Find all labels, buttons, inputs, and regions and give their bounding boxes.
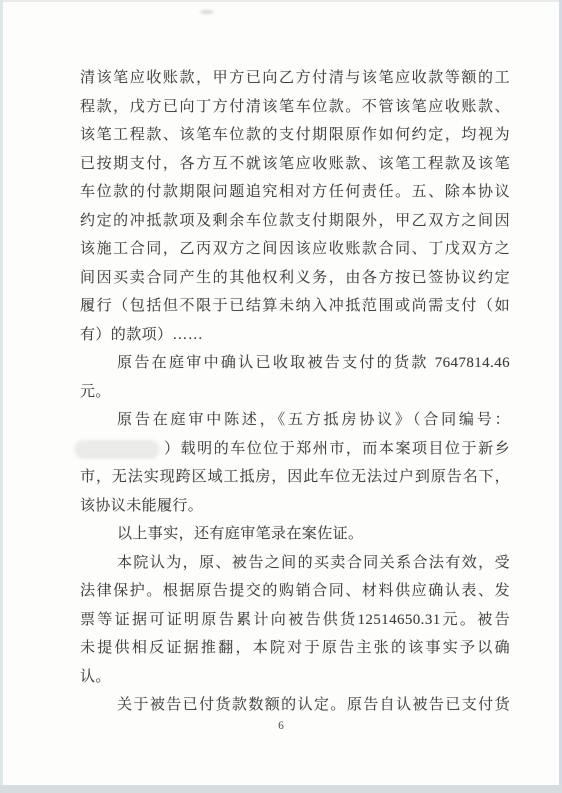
text-line: 市，无法实现跨区域工抵房，因此车位无法过户到原告名下， <box>80 463 510 492</box>
photo-artifact <box>200 10 214 14</box>
text-line: 票等证据可证明原告累计向被告供货12514650.31元。被告 <box>80 606 510 635</box>
page-edge-top <box>0 0 562 2</box>
text-line: 未提供相反证据推翻，本院对于原告主张的该事实予以确 <box>80 634 510 663</box>
text-line: 该协议未能履行。 <box>80 492 510 521</box>
text-line: 该笔工程款、该笔车位款的支付期限原作如何约定，均视为 <box>80 121 510 150</box>
text-line: 本院认为，原、被告之间的买卖合同关系合法有效，受 <box>80 549 510 578</box>
redaction-smudge <box>75 440 159 456</box>
text-line: 有）的款项）…… <box>80 321 510 350</box>
text-line: 原告在庭审中陈述，《五方抵房协议》（合同编号： <box>80 406 510 435</box>
text-line: 原告在庭审中确认已收取被告支付的货款 7647814.46 <box>80 349 510 378</box>
text-line: 关于被告已付货款数额的认定。原告自认被告已支付货 <box>80 691 510 720</box>
text-line: 以上事实，还有庭审笔录在案佐证。 <box>80 520 510 549</box>
text-line: 清该笔应收账款，甲方已向乙方付清与该笔应收款等额的工 <box>80 64 510 93</box>
page-edge-bottom <box>0 785 562 793</box>
text-line: 认。 <box>80 663 510 692</box>
page-number: 6 <box>0 719 562 734</box>
text-line-tail: ）载明的车位位于郑州市，而本案项目位于新乡 <box>163 441 510 457</box>
page-edge-left <box>0 0 3 793</box>
text-line-redacted: ）载明的车位位于郑州市，而本案项目位于新乡 <box>80 435 510 464</box>
text-line: 履行（包括但不限于已结算未纳入冲抵范围或尚需支付（如 <box>80 292 510 321</box>
text-line: 元。 <box>80 378 510 407</box>
text-line: 已按期支付，各方互不就该笔应收账款、该笔工程款及该笔 <box>80 150 510 179</box>
document-page: 清该笔应收账款，甲方已向乙方付清与该笔应收款等额的工 程款，戊方已向丁方付清该笔… <box>0 0 562 793</box>
judgment-text-block: 清该笔应收账款，甲方已向乙方付清与该笔应收款等额的工 程款，戊方已向丁方付清该笔… <box>80 64 510 720</box>
text-line: 约定的冲抵款项及剩余车位款支付期限外，甲乙双方之间因 <box>80 207 510 236</box>
text-line: 车位款的付款期限问题追究相对方任何责任。五、除本协议 <box>80 178 510 207</box>
text-line: 法律保护。根据原告提交的购销合同、材料供应确认表、发 <box>80 577 510 606</box>
text-line: 程款，戊方已向丁方付清该笔车位款。不管该笔应收账款、 <box>80 93 510 122</box>
text-line: 间因买卖合同产生的其他权利义务，由各方按已签协议约定 <box>80 264 510 293</box>
text-line: 该施工合同，乙丙双方之间因该应收账款合同、丁戊双方之 <box>80 235 510 264</box>
